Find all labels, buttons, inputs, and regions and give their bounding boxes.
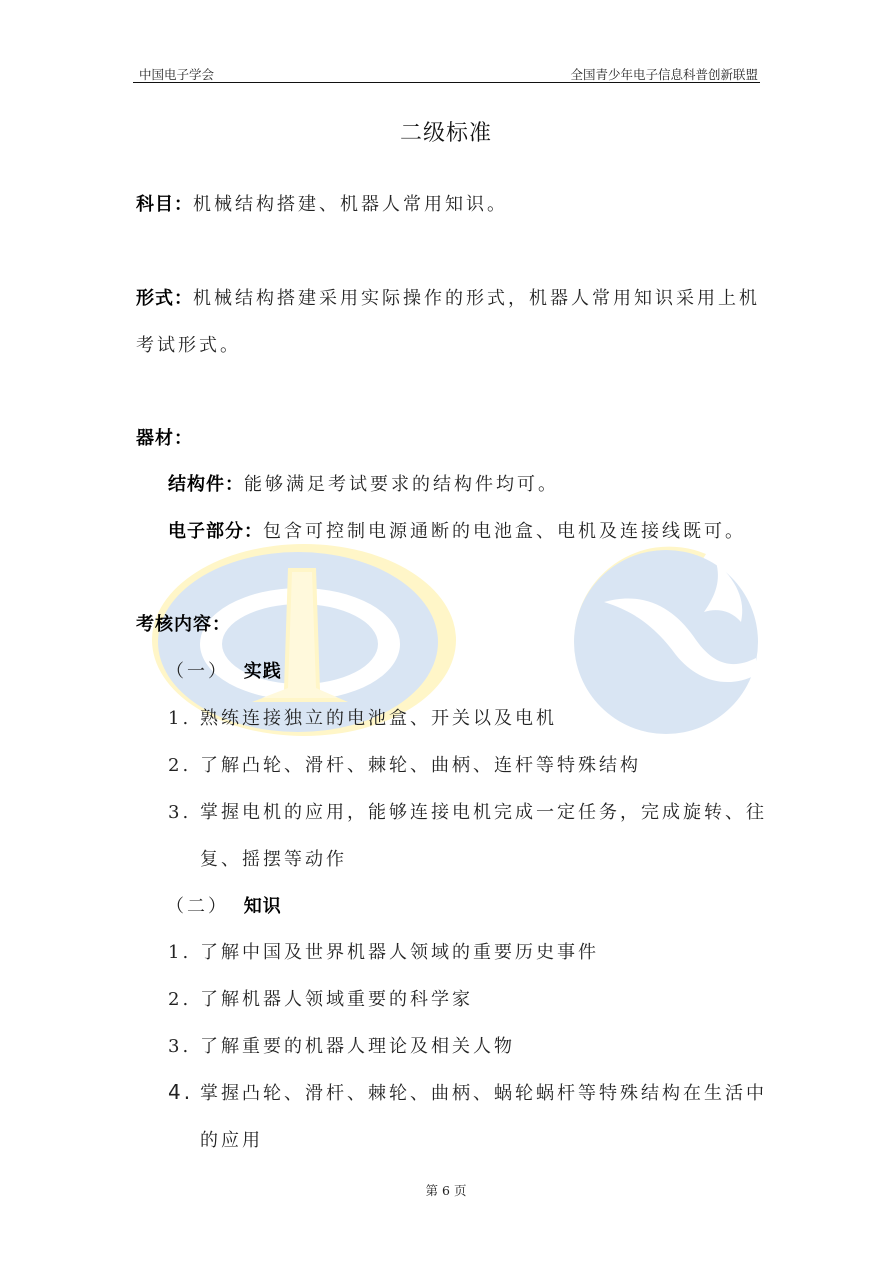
header-org-left: 中国电子学会 xyxy=(139,65,214,83)
page-number: 第 6 页 xyxy=(0,1181,892,1199)
form-line-2: 考试形式。 xyxy=(136,331,241,357)
list-item: 3.掌握电机的应用，能够连接电机完成一定任务，完成旋转、往 xyxy=(168,798,767,824)
equipment-item-text: 能够满足考试要求的结构件均可。 xyxy=(244,474,559,495)
equipment-item: 电子部分：包含可控制电源通断的电池盒、电机及连接线既可。 xyxy=(168,517,746,543)
list-item: 2.了解机器人领域重要的科学家 xyxy=(168,985,473,1011)
form-text-2: 考试形式。 xyxy=(136,335,241,356)
subject-line: 科目：机械结构搭建、机器人常用知识。 xyxy=(136,190,508,216)
list-item-number: 4. xyxy=(168,1080,200,1104)
list-item: 1.了解中国及世界机器人领域的重要历史事件 xyxy=(168,938,599,964)
equipment-label: 器材： xyxy=(136,428,193,449)
list-item-number: 3. xyxy=(168,1036,200,1057)
list-item-text: 熟练连接独立的电池盒、开关以及电机 xyxy=(200,708,557,729)
list-item: 2.了解凸轮、滑杆、棘轮、曲柄、连杆等特殊结构 xyxy=(168,751,641,777)
equipment-item: 结构件：能够满足考试要求的结构件均可。 xyxy=(168,470,559,496)
list-item-number: 2. xyxy=(168,755,200,776)
list-item-number: 1. xyxy=(168,942,200,963)
assessment-label: 考核内容： xyxy=(136,614,231,635)
list-item: 4.掌握凸轮、滑杆、棘轮、曲柄、蜗轮蜗杆等特殊结构在生活中 xyxy=(168,1079,767,1105)
list-item-number: 3. xyxy=(168,802,200,823)
list-item-text: 了解中国及世界机器人领域的重要历史事件 xyxy=(200,942,599,963)
list-item-number: 1. xyxy=(168,708,200,729)
alliance-logo-watermark-icon xyxy=(556,540,761,735)
list-item-text: 了解凸轮、滑杆、棘轮、曲柄、连杆等特殊结构 xyxy=(200,755,641,776)
assessment-heading: 考核内容： xyxy=(136,610,231,636)
section-number: （二） xyxy=(166,896,229,917)
list-item-text: 掌握凸轮、滑杆、棘轮、曲柄、蜗轮蜗杆等特殊结构在生活中 xyxy=(200,1083,767,1104)
section-title: 知识 xyxy=(244,896,282,917)
subject-label: 科目： xyxy=(136,194,193,215)
list-item-text: 的应用 xyxy=(200,1130,263,1151)
equipment-item-label: 电子部分： xyxy=(168,521,263,542)
form-line-1: 形式：机械结构搭建采用实际操作的形式，机器人常用知识采用上机 xyxy=(136,284,760,310)
list-item-number: 2. xyxy=(168,989,200,1010)
form-text-1: 机械结构搭建采用实际操作的形式，机器人常用知识采用上机 xyxy=(193,288,760,309)
subject-text: 机械结构搭建、机器人常用知识。 xyxy=(193,194,508,215)
equipment-heading: 器材： xyxy=(136,424,193,450)
section-heading-practice: （一） 实践 xyxy=(166,657,282,683)
equipment-item-label: 结构件： xyxy=(168,474,244,495)
list-item: 1.熟练连接独立的电池盒、开关以及电机 xyxy=(168,704,557,730)
list-item-text: 了解机器人领域重要的科学家 xyxy=(200,989,473,1010)
list-item-text: 了解重要的机器人理论及相关人物 xyxy=(200,1036,515,1057)
section-heading-knowledge: （二） 知识 xyxy=(166,892,282,918)
list-item-continuation: 复、摇摆等动作 xyxy=(200,845,347,871)
page-header: 中国电子学会 全国青少年电子信息科普创新联盟 xyxy=(133,62,760,82)
list-item-text: 复、摇摆等动作 xyxy=(200,849,347,870)
page-title: 二级标准 xyxy=(0,116,892,147)
header-divider xyxy=(133,82,760,83)
equipment-item-text: 包含可控制电源通断的电池盒、电机及连接线既可。 xyxy=(263,521,746,542)
section-number: （一） xyxy=(166,661,229,682)
list-item-continuation: 的应用 xyxy=(200,1126,263,1152)
list-item-text: 掌握电机的应用，能够连接电机完成一定任务，完成旋转、往 xyxy=(200,802,767,823)
list-item: 3.了解重要的机器人理论及相关人物 xyxy=(168,1032,515,1058)
section-title: 实践 xyxy=(244,661,282,682)
header-org-right: 全国青少年电子信息科普创新联盟 xyxy=(570,65,758,83)
form-label: 形式： xyxy=(136,288,193,309)
